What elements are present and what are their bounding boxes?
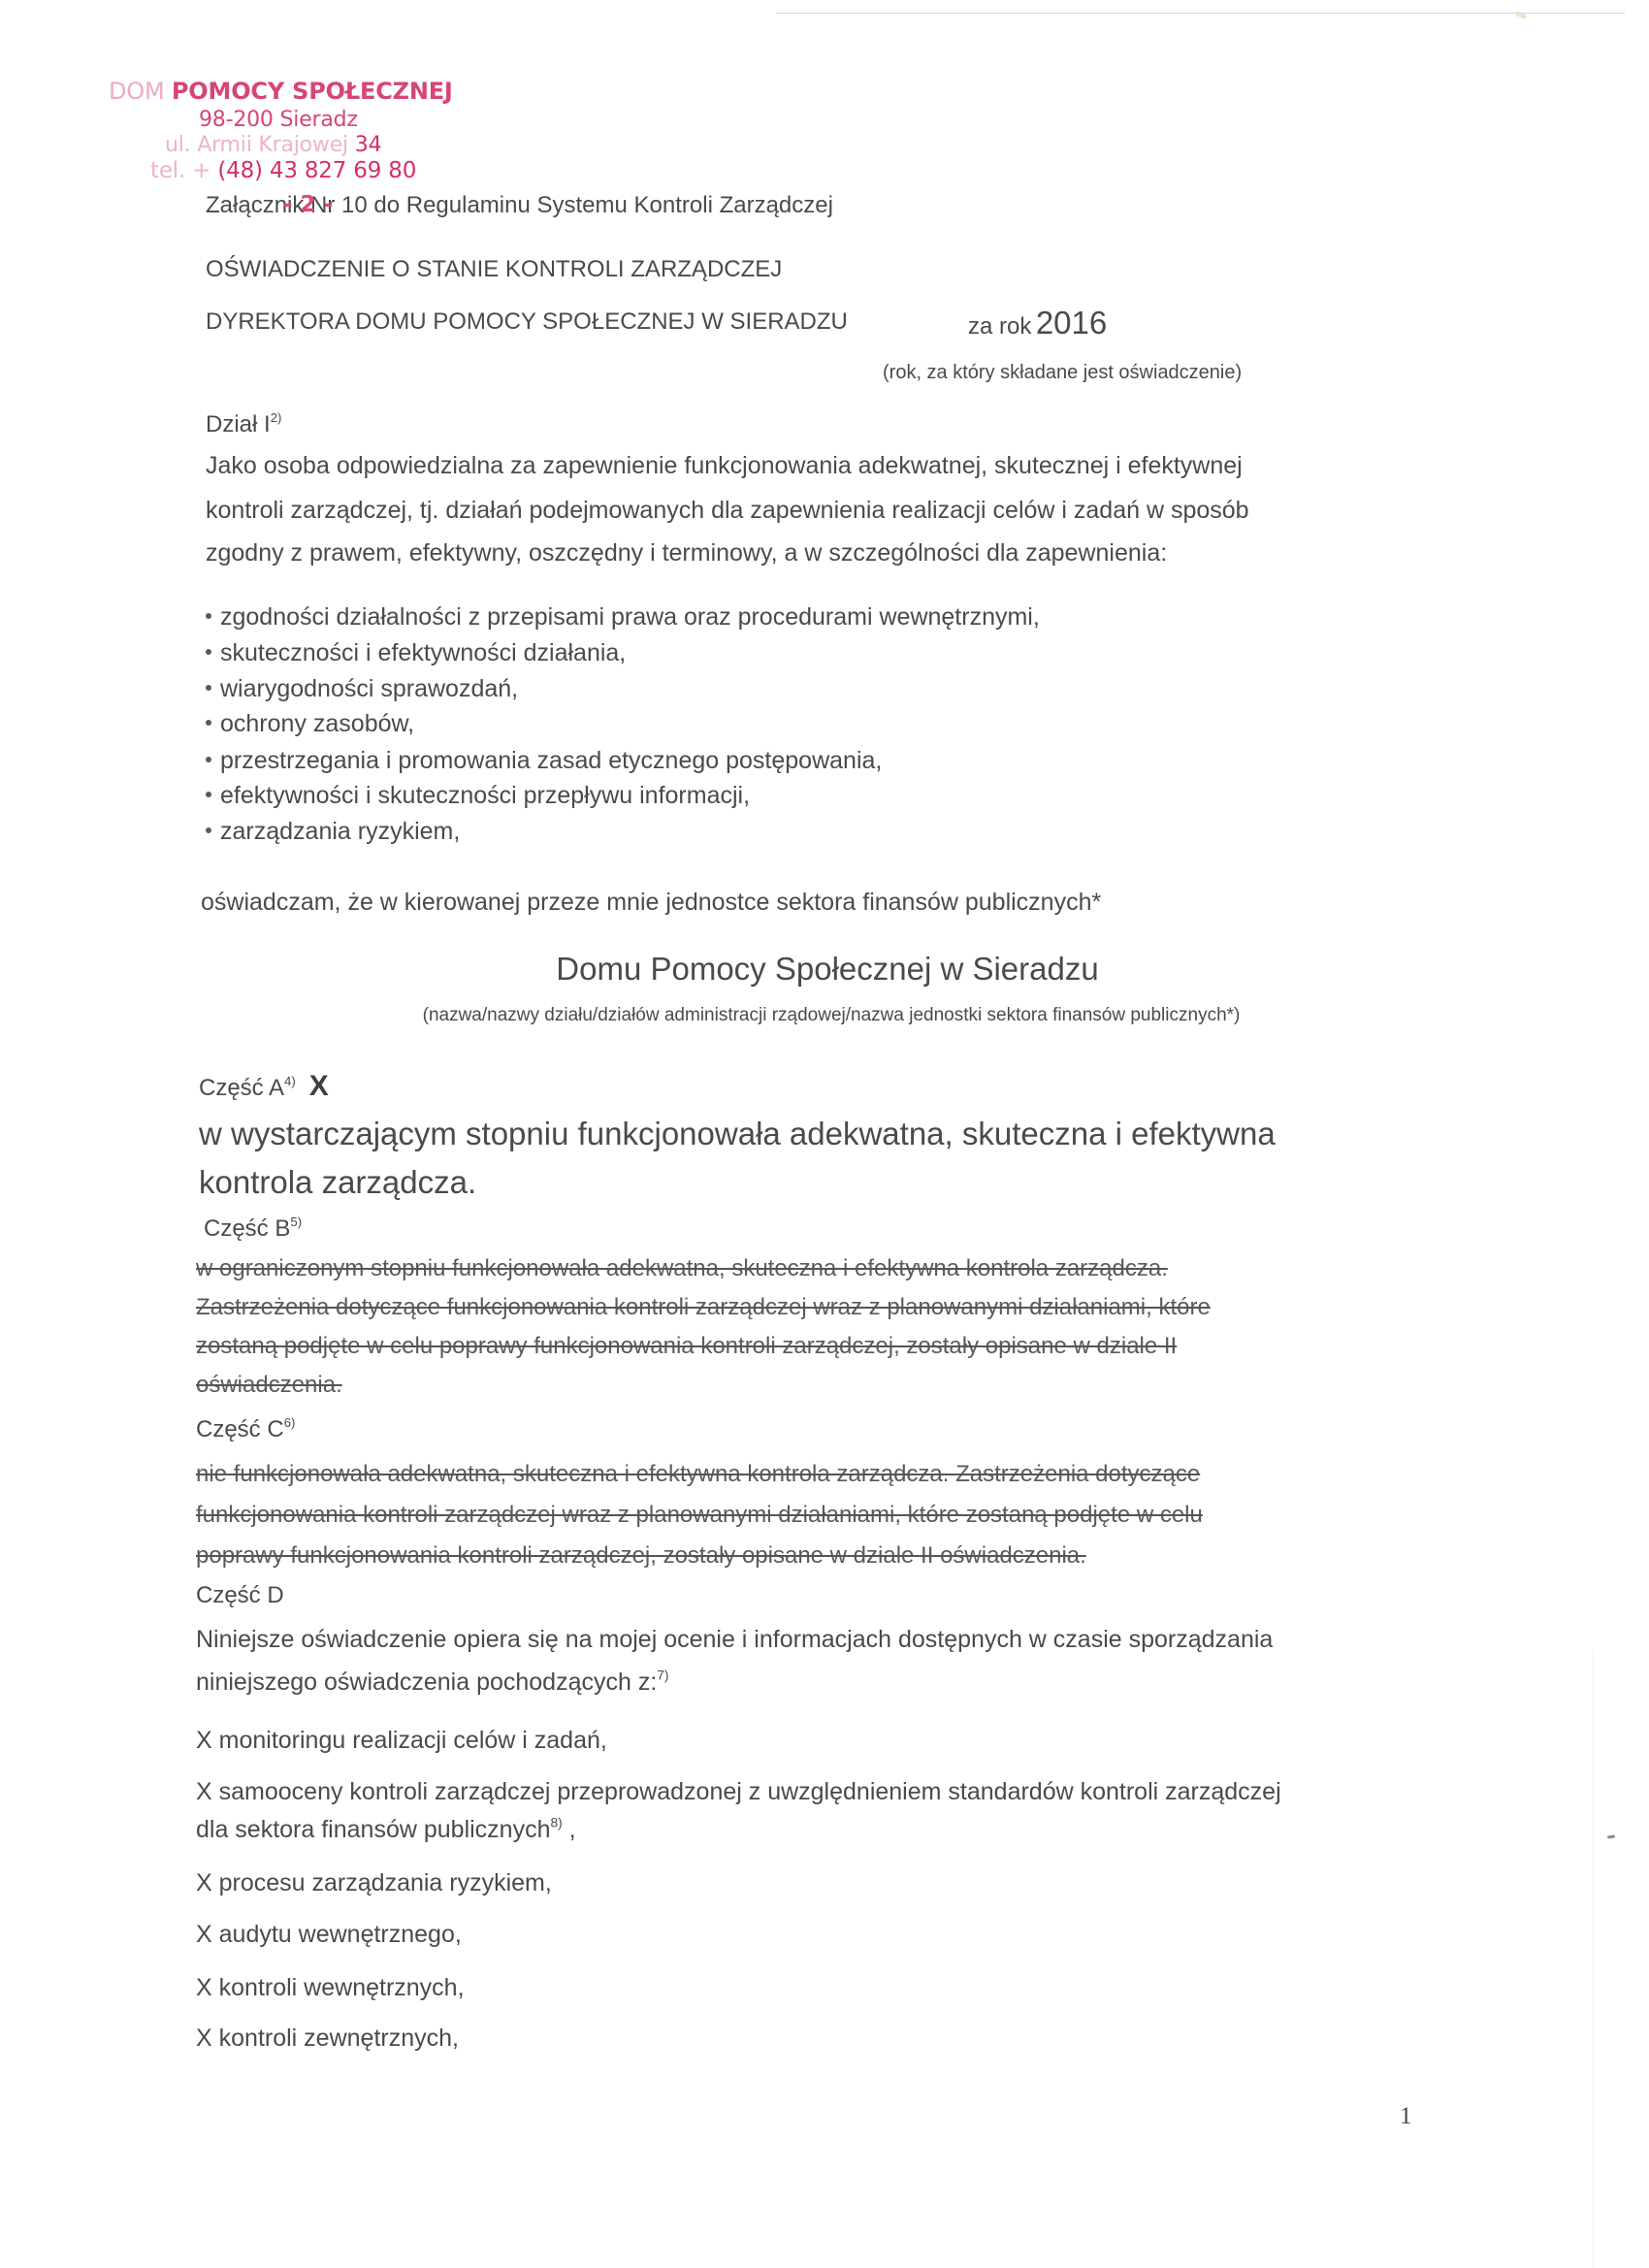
footnote-ref: 4) [284, 1074, 296, 1088]
part-c-struck-line: funkcjonowania kontroli zarządczej wraz … [196, 1502, 1203, 1529]
part-d-intro-line: Niniejsze oświadczenie opiera się na moj… [196, 1626, 1273, 1654]
bullet-icon [206, 827, 211, 833]
part-b-struck-line: zostaną podjęte w celu poprawy funkcjono… [196, 1333, 1177, 1360]
punctuation: , [563, 1816, 576, 1843]
footnote-ref: 7) [657, 1669, 668, 1683]
source-item: X kontroli wewnętrznych, [196, 1974, 465, 2002]
list-item-text: przestrzegania i promowania zasad etyczn… [220, 747, 882, 775]
list-item-text: zgodności działalności z przepisami praw… [220, 603, 1040, 632]
part-b-struck-line: oświadczenia. [196, 1372, 342, 1399]
intro-line: zgodny z prawem, efektywny, oszczędny i … [206, 539, 1167, 567]
scan-artifact-line [776, 13, 1625, 14]
stamp-name: POMOCY SPOŁECZNEJ [172, 78, 453, 105]
checked-mark-icon: X [196, 1921, 212, 1948]
checked-mark-icon: X [309, 1070, 329, 1102]
scan-artifact-edge [1593, 1649, 1594, 2268]
source-item: X monitoringu realizacji celów i zadań, [196, 1727, 607, 1755]
section-heading-text: Dział I [206, 411, 271, 437]
unit-name: Domu Pomocy Społecznej w Sieradzu [0, 951, 1649, 988]
part-b-label: Część B [204, 1215, 290, 1242]
source-item-text: monitoringu realizacji celów i zadań, [219, 1727, 607, 1754]
unit-caption: (nazwa/nazwy działu/działów administracj… [0, 1005, 1649, 1026]
checked-mark-icon: X [196, 1778, 212, 1805]
part-a-label: Część A [199, 1075, 284, 1101]
part-a-statement-line: kontrola zarządcza. [199, 1164, 476, 1201]
intro-line: kontroli zarządczej, tj. działań podejmo… [206, 497, 1249, 525]
stamp-line-postcode: 98-200 Sieradz [199, 108, 358, 132]
bullet-icon [206, 720, 211, 726]
bullet-icon [206, 685, 211, 691]
stamp-faded-text: DOM [109, 78, 172, 105]
stamp-phone: (48) 43 827 69 80 [217, 158, 416, 183]
part-c-heading: Część C6) [196, 1416, 295, 1443]
stamp-line-street: ul. Armii Krajowej 34 [165, 133, 381, 157]
part-b-struck-line: w ograniczonym stopniu funkcjonowała ade… [196, 1255, 1168, 1282]
declaration-text: oświadczam, że w kierowanej przeze mnie … [201, 889, 1101, 917]
document-title: OŚWIADCZENIE O STANIE KONTROLI ZARZĄDCZE… [206, 256, 782, 283]
list-item: wiarygodności sprawozdań, [206, 675, 518, 703]
source-item-text: kontroli zewnętrznych, [219, 2025, 459, 2052]
source-item-text: audytu wewnętrznego, [219, 1921, 462, 1948]
source-item-continuation: dla sektora finansów publicznych8) , [196, 1816, 576, 1844]
source-item: X procesu zarządzania ryzykiem, [196, 1869, 552, 1897]
source-item: X audytu wewnętrznego, [196, 1921, 462, 1949]
report-year: za rok 2016 [968, 305, 1107, 341]
list-item-text: wiarygodności sprawozdań, [220, 675, 518, 703]
checked-mark-icon: X [196, 1869, 212, 1896]
section-heading: Dział I2) [206, 411, 281, 438]
bullet-icon [206, 792, 211, 797]
stamp-street: ul. Armii Krajowej [165, 133, 355, 157]
bullet-icon [206, 649, 211, 655]
footnote-ref: 6) [284, 1415, 296, 1430]
stamp-street-number: 34 [355, 133, 382, 157]
stamp-phone-prefix: tel. + [150, 158, 217, 183]
list-item: efektywności i skuteczności przepływu in… [206, 782, 750, 810]
list-item-text: zarządzania ryzykiem, [220, 818, 460, 846]
source-item-text: procesu zarządzania ryzykiem, [219, 1869, 552, 1896]
part-d-intro-text: niniejszego oświadczenia pochodzących z: [196, 1669, 657, 1696]
bullet-icon [206, 757, 211, 762]
footnote-ref: 2) [271, 410, 282, 425]
list-item: skuteczności i efektywności działania, [206, 639, 626, 667]
stamp-line-name: DOM POMOCY SPOŁECZNEJ [109, 78, 453, 105]
stamp-line-phone: tel. + (48) 43 827 69 80 [150, 158, 416, 183]
source-item: X samooceny kontroli zarządczej przeprow… [196, 1778, 1281, 1806]
intro-line: Jako osoba odpowiedzialna za zapewnienie… [206, 452, 1243, 480]
part-b-struck-line: Zastrzeżenia dotyczące funkcjonowania ko… [196, 1294, 1211, 1321]
part-b-heading: Część B5) [204, 1215, 302, 1243]
list-item-text: ochrony zasobów, [220, 710, 414, 738]
source-item-text: kontroli wewnętrznych, [219, 1974, 465, 2001]
part-a-heading: Część A4)X [199, 1070, 329, 1103]
document-subtitle: DYREKTORA DOMU POMOCY SPOŁECZNEJ W SIERA… [206, 308, 848, 336]
list-item: zarządzania ryzykiem, [206, 818, 460, 846]
checked-mark-icon: X [196, 1974, 212, 2001]
part-d-intro-line: niniejszego oświadczenia pochodzących z:… [196, 1669, 669, 1697]
year-caption: (rok, za który składane jest oświadczeni… [883, 362, 1242, 384]
page-overlay-mark: - 2 - [283, 192, 333, 217]
source-item-text: samooceny kontroli zarządczej przeprowad… [219, 1778, 1281, 1805]
part-a-statement-line: w wystarczającym stopniu funkcjonowała a… [199, 1116, 1276, 1152]
part-c-struck-line: nie funkcjonowała adekwatna, skuteczna i… [196, 1461, 1200, 1488]
list-item-text: efektywności i skuteczności przepływu in… [220, 782, 750, 810]
part-c-struck-line: poprawy funkcjonowania kontroli zarządcz… [196, 1542, 1086, 1570]
checked-mark-icon: X [196, 2025, 212, 2052]
page-number: 1 [1400, 2103, 1412, 2130]
checked-mark-icon: X [196, 1727, 212, 1754]
list-item: przestrzegania i promowania zasad etyczn… [206, 747, 882, 775]
bullet-icon [206, 613, 211, 619]
source-item: X kontroli zewnętrznych, [196, 2025, 459, 2053]
part-c-label: Część C [196, 1416, 284, 1442]
list-item-text: skuteczności i efektywności działania, [220, 639, 626, 667]
source-item-text: dla sektora finansów publicznych [196, 1816, 550, 1843]
list-item: zgodności działalności z przepisami praw… [206, 603, 1040, 632]
year-label: za rok [968, 313, 1031, 340]
list-item: ochrony zasobów, [206, 710, 414, 738]
part-d-heading: Część D [196, 1582, 284, 1609]
footnote-ref: 5) [290, 1215, 302, 1229]
year-value: 2016 [1036, 305, 1107, 340]
scan-artifact-mark [1607, 1834, 1615, 1838]
footnote-ref: 8) [550, 1816, 562, 1831]
